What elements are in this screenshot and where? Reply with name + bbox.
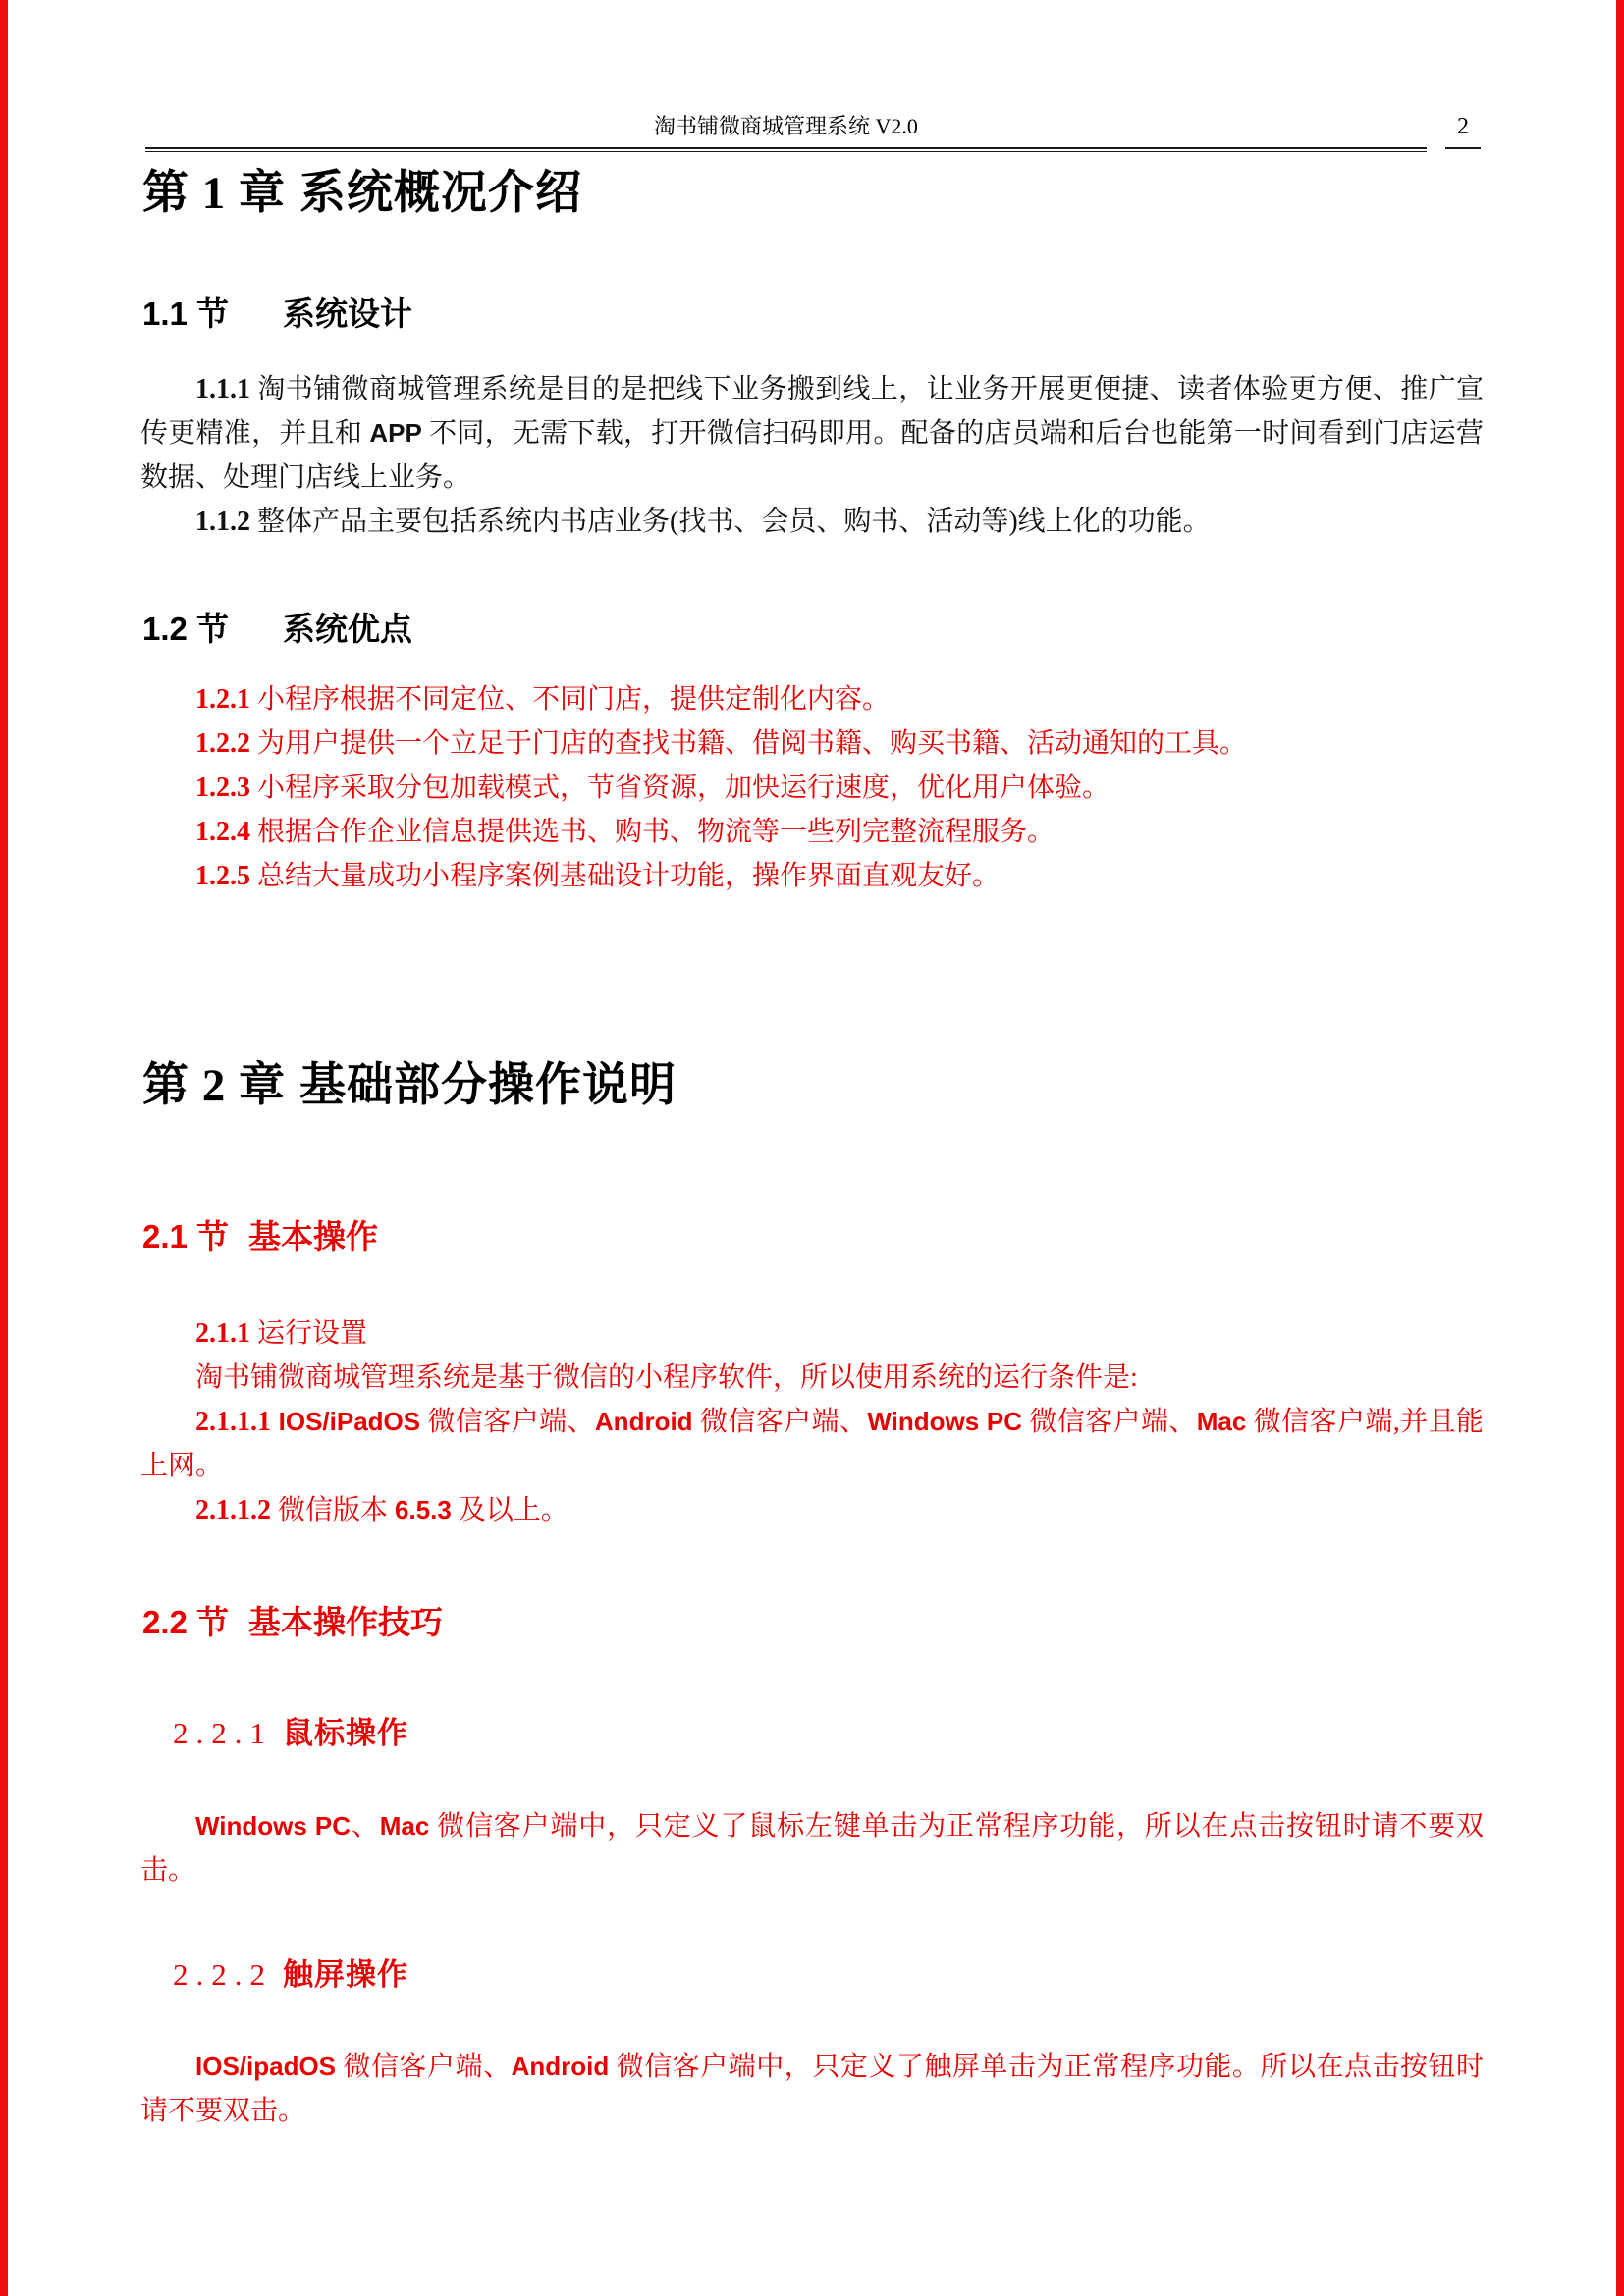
app-term: APP	[369, 418, 421, 448]
windows-pc-term: Windows PC	[867, 1407, 1022, 1436]
chapter-1-heading: 第 1 章系统概况介绍	[142, 163, 582, 224]
section-2-1-body: 2.1.1 运行设置 淘书铺微商城管理系统是基于微信的小程序软件，所以使用系统的…	[140, 1311, 1484, 1532]
document-page: 淘书铺微商城管理系统 V2.0 2 第 1 章系统概况介绍 1.1 节系统设计 …	[0, 0, 1624, 2296]
separator-text: 、	[351, 1811, 380, 1842]
windows-pc-term: Windows PC	[195, 1811, 351, 1841]
paragraph-2-1-1: 2.1.1 运行设置	[140, 1311, 1484, 1356]
chapter-2-title: 基础部分操作说明	[299, 1060, 677, 1111]
section-1-1-title: 系统设计	[283, 295, 412, 332]
wechat-version-text: 微信版本	[271, 1495, 395, 1525]
right-edge-bar	[1616, 0, 1624, 2296]
subsection-2-2-1-number: 2.2.1	[173, 1716, 273, 1750]
header-rule	[145, 147, 1427, 152]
chapter-2-heading: 第 2 章基础部分操作说明	[142, 1055, 677, 1116]
left-edge-bar	[0, 0, 8, 2296]
client-text: 微信客户端、	[420, 1407, 595, 1437]
header-title: 淘书铺微商城管理系统 V2.0	[145, 110, 1427, 143]
paragraph-1-1-1-number: 1.1.1	[195, 374, 250, 404]
paragraph-mouse-operation: Windows PC、Mac 微信客户端中，只定义了鼠标左键单击为正常程序功能，…	[140, 1804, 1484, 1893]
paragraph-2-1-1-2: 2.1.1.2 微信版本 6.5.3 及以上。	[140, 1488, 1484, 1532]
section-2-1-number: 2.1 节	[142, 1218, 229, 1255]
ios-ipados-term: IOS/ipadOS	[195, 2052, 336, 2081]
list-item-number: 1.2.3	[195, 773, 250, 803]
chapter-1-title: 系统概况介绍	[299, 168, 582, 219]
subsection-2-2-2-title: 触屏操作	[283, 1957, 408, 1992]
paragraph-run-conditions: 淘书铺微商城管理系统是基于微信的小程序软件，所以使用系统的运行条件是:	[140, 1356, 1484, 1400]
section-1-2-list: 1.2.1 小程序根据不同定位、不同门店，提供定制化内容。 1.2.2 为用户提…	[140, 677, 1484, 898]
paragraph-touch-operation: IOS/ipadOS 微信客户端、Android 微信客户端中，只定义了触屏单击…	[140, 2045, 1484, 2133]
ios-ipados-term: IOS/iPadOS	[271, 1407, 420, 1436]
client-text: 微信客户端、	[693, 1407, 868, 1437]
subsection-2-2-2-heading: 2.2.2触屏操作	[173, 1953, 408, 1997]
list-item-text: 小程序采取分包加载模式，节省资源，加快运行速度，优化用户体验。	[250, 773, 1110, 803]
paragraph-2-1-1-1-number: 2.1.1.1	[195, 1407, 271, 1437]
paragraph-2-1-1-2-number: 2.1.1.2	[195, 1495, 271, 1525]
section-2-2-heading: 2.2 节基本操作技巧	[142, 1600, 443, 1645]
paragraph-1-1-2-number: 1.1.2	[195, 507, 250, 537]
section-1-2-number: 1.2 节	[142, 611, 229, 647]
mac-term: Mac	[1197, 1407, 1247, 1436]
section-1-1-number: 1.1 节	[142, 295, 229, 332]
page-number: 2	[1445, 108, 1481, 149]
client-text: 微信客户端、	[1022, 1407, 1197, 1437]
android-term: Android	[512, 2052, 610, 2081]
list-item-number: 1.2.2	[195, 728, 250, 759]
section-2-2-title: 基本操作技巧	[248, 1604, 443, 1640]
list-item: 1.2.5 总结大量成功小程序案例基础设计功能，操作界面直观友好。	[140, 854, 1484, 898]
list-item-number: 1.2.4	[195, 817, 250, 847]
and-above-text: 及以上。	[452, 1495, 568, 1525]
list-item-text: 为用户提供一个立足于门店的查找书籍、借阅书籍、购买书籍、活动通知的工具。	[250, 728, 1247, 759]
paragraph-1-1-2-text: 整体产品主要包括系统内书店业务(找书、会员、购书、活动等)线上化的功能。	[250, 507, 1211, 537]
subsection-2-2-1-body: Windows PC、Mac 微信客户端中，只定义了鼠标左键单击为正常程序功能，…	[140, 1804, 1484, 1893]
list-item: 1.2.1 小程序根据不同定位、不同门店，提供定制化内容。	[140, 677, 1484, 721]
list-item: 1.2.4 根据合作企业信息提供选书、购书、物流等一些列完整流程服务。	[140, 810, 1484, 854]
section-2-1-heading: 2.1 节基本操作	[142, 1214, 378, 1259]
client-text: 微信客户端、	[336, 2052, 512, 2082]
android-term: Android	[595, 1407, 693, 1436]
chapter-2-number: 第 2 章	[142, 1060, 286, 1111]
list-item-text: 总结大量成功小程序案例基础设计功能，操作界面直观友好。	[250, 861, 1000, 891]
list-item-number: 1.2.1	[195, 684, 250, 715]
subsection-2-2-1-title: 鼠标操作	[283, 1716, 408, 1750]
section-1-1-body: 1.1.1 淘书铺微商城管理系统是目的是把线下业务搬到线上，让业务开展更便捷、读…	[140, 367, 1484, 544]
paragraph-1-1-1: 1.1.1 淘书铺微商城管理系统是目的是把线下业务搬到线上，让业务开展更便捷、读…	[140, 367, 1484, 500]
chapter-1-number: 第 1 章	[142, 168, 286, 219]
paragraph-2-1-1-text: 运行设置	[250, 1318, 367, 1349]
subsection-2-2-2-number: 2.2.2	[173, 1957, 273, 1992]
section-2-1-title: 基本操作	[248, 1218, 378, 1255]
paragraph-2-1-1-1: 2.1.1.1 IOS/iPadOS 微信客户端、Android 微信客户端、W…	[140, 1400, 1484, 1488]
list-item-text: 小程序根据不同定位、不同门店，提供定制化内容。	[250, 684, 890, 715]
section-2-2-number: 2.2 节	[142, 1604, 229, 1640]
paragraph-2-1-1-number: 2.1.1	[195, 1318, 250, 1349]
subsection-2-2-2-body: IOS/ipadOS 微信客户端、Android 微信客户端中，只定义了触屏单击…	[140, 2045, 1484, 2133]
list-item-number: 1.2.5	[195, 861, 250, 891]
section-1-2-heading: 1.2 节系统优点	[142, 607, 412, 652]
list-item: 1.2.2 为用户提供一个立足于门店的查找书籍、借阅书籍、购买书籍、活动通知的工…	[140, 721, 1484, 766]
list-item-text: 根据合作企业信息提供选书、购书、物流等一些列完整流程服务。	[250, 817, 1055, 847]
paragraph-1-1-2: 1.1.2 整体产品主要包括系统内书店业务(找书、会员、购书、活动等)线上化的功…	[140, 500, 1484, 544]
list-item: 1.2.3 小程序采取分包加载模式，节省资源，加快运行速度，优化用户体验。	[140, 766, 1484, 810]
section-1-2-title: 系统优点	[283, 611, 412, 647]
subsection-2-2-1-heading: 2.2.1鼠标操作	[173, 1712, 408, 1755]
mac-term: Mac	[380, 1811, 430, 1841]
section-1-1-heading: 1.1 节系统设计	[142, 292, 412, 337]
version-number: 6.5.3	[395, 1495, 452, 1524]
